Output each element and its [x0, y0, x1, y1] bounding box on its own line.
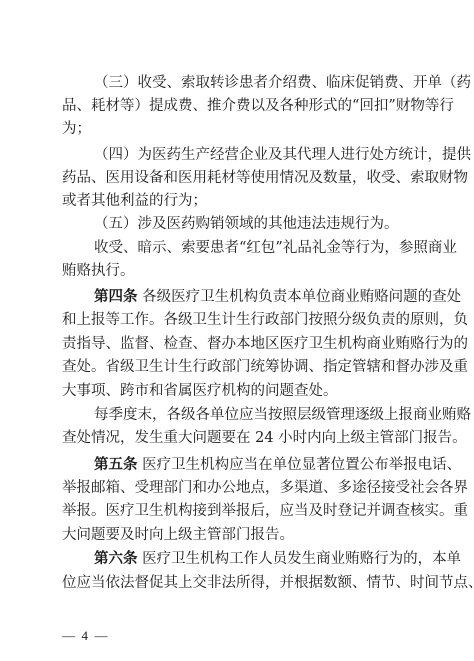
text-line: 贿赂执行。	[62, 262, 414, 280]
article-heading: 第四条	[94, 288, 138, 305]
text-line: 位应当依法督促其上交非法所得，并根据数额、情节、时间节点、	[62, 574, 414, 592]
text-line: 为；	[62, 120, 414, 138]
article-text: 医疗卫生机构工作人员发生商业贿赂行为的，本单	[142, 551, 461, 567]
document-page: （三）收受、索取转诊患者介绍费、临床促销费、开单（药 品、耗材等）提成费、推介费…	[0, 0, 474, 661]
article-heading: 第五条	[94, 456, 138, 473]
text-line: （三）收受、索取转诊患者介绍费、临床促销费、开单（药	[94, 74, 414, 92]
text-line: 药品、医用设备和医用耗材等使用情况及数量，收受、索取财物	[62, 169, 414, 187]
page-number: — 4 —	[62, 627, 108, 645]
article-text: 医疗卫生机构应当在单位显著位置公布举报电话、	[142, 457, 461, 473]
text-line: 每季度末，各级各单位应当按照层级管理逐级上报商业贿赂	[94, 406, 414, 424]
text-line: （五）涉及医药购销领域的其他违法违规行为。	[94, 215, 414, 233]
article-text: 各级医疗卫生机构负责本单位商业贿赂问题的查处	[142, 289, 461, 305]
text-line: 或者其他利益的行为；	[62, 192, 414, 210]
text-line: 收受、暗示、索要患者“红包”礼品礼金等行为，参照商业	[94, 239, 414, 257]
article-5-first-line: 第五条 医疗卫生机构应当在单位显著位置公布举报电话、	[94, 456, 414, 474]
text-line: 和上报等工作。各级卫生计生行政部门按照分级负责的原则，负	[62, 311, 414, 329]
text-line: 举报。医疗卫生机构接到举报后，应当及时登记并调查核实。重	[62, 502, 414, 520]
text-line: 查处。省级卫生计生行政部门统筹协调、指定管辖和督办涉及重	[62, 358, 414, 376]
text-line: 查处情况，发生重大问题要在 24 小时内向上级主管部门报告。	[62, 429, 414, 447]
text-line: 责指导、监督、检查、督办本地区医疗卫生机构商业贿赂行为的	[62, 335, 414, 353]
text-line: 品、耗材等）提成费、推介费以及各种形式的“回扣”财物等行	[62, 97, 414, 115]
article-heading: 第六条	[94, 550, 138, 567]
text-line: 大问题要及时向上级主管部门报告。	[62, 526, 414, 544]
text-line: 大事项、跨市和省属医疗机构的问题查处。	[62, 382, 414, 400]
text-line: （四）为医药生产经营企业及其代理人进行处方统计，提供	[94, 146, 414, 164]
article-6-first-line: 第六条 医疗卫生机构工作人员发生商业贿赂行为的，本单	[94, 550, 414, 568]
article-4-first-line: 第四条 各级医疗卫生机构负责本单位商业贿赂问题的查处	[94, 288, 414, 306]
text-line: 举报邮箱、受理部门和办公地点，多渠道、多途径接受社会各界	[62, 479, 414, 497]
